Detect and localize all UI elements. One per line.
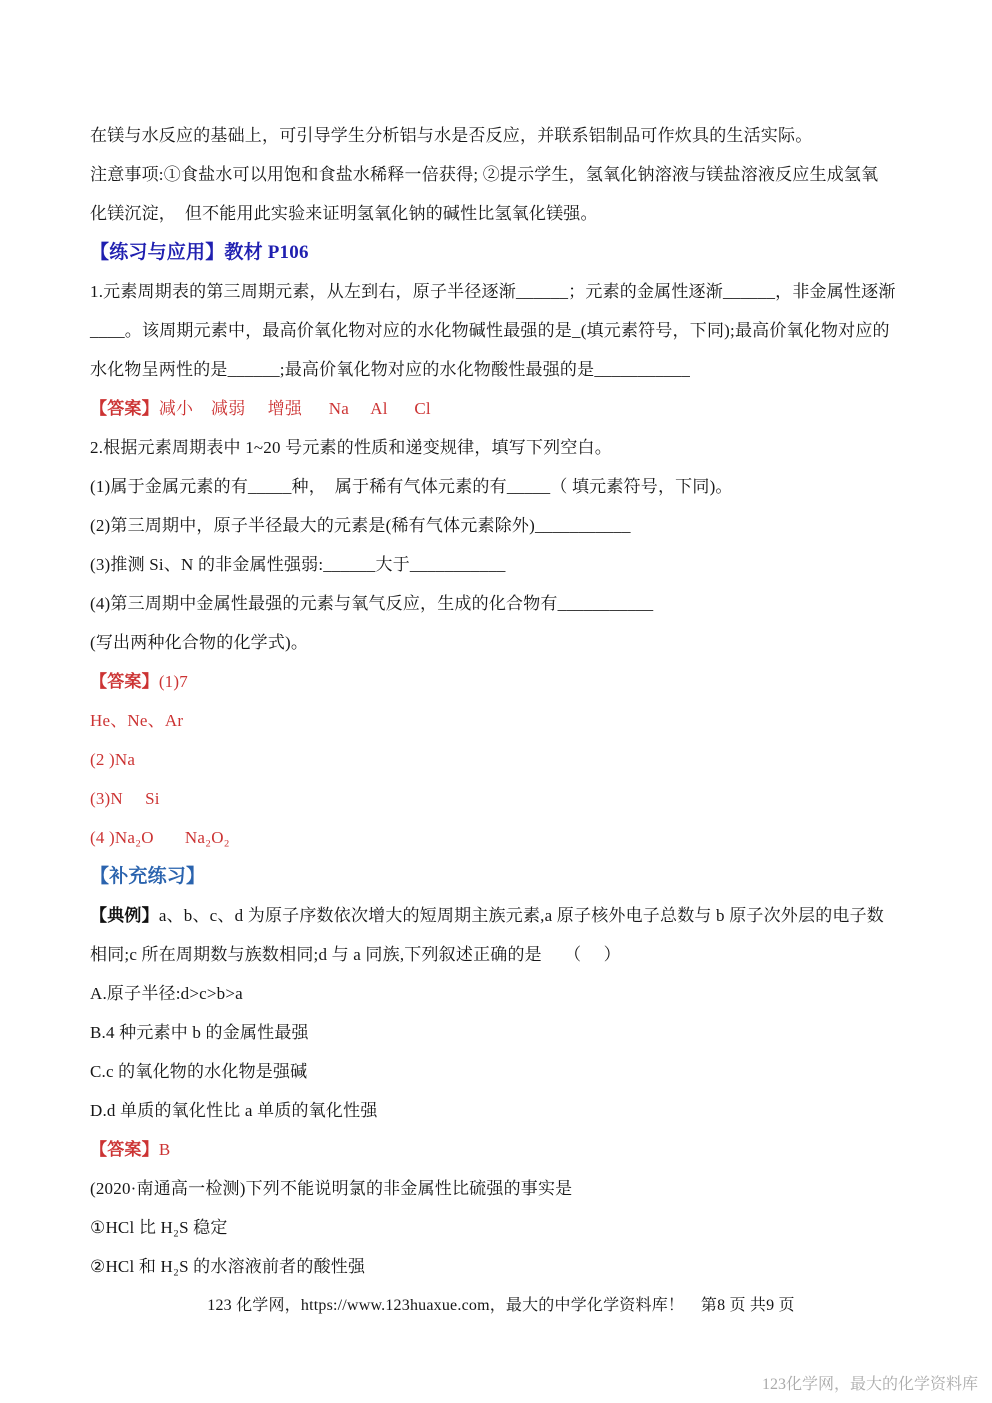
answer1-text: 减小 减弱 增强 Na Al Cl <box>159 399 431 418</box>
answer3-marker: 【答案】 <box>90 1140 159 1159</box>
intro-line-3: 化镁沉淀， 但不能用此实验来证明氢氧化钠的碱性比氢氧化镁强。 <box>90 194 912 233</box>
question-2020-stem: (2020·南通高一检测)下列不能说明氯的非金属性比硫强的事实是 <box>90 1169 912 1208</box>
option-b: B.4 种元素中 b 的金属性最强 <box>90 1013 912 1052</box>
answer2-line-2: He、Ne、Ar <box>90 701 912 740</box>
example-marker: 【典例】 <box>90 906 159 925</box>
answer3-text: B <box>159 1140 171 1159</box>
answer1-line: 【答案】减小 减弱 增强 Na Al Cl <box>90 389 912 428</box>
answer2-line-3: (2 )Na <box>90 740 912 779</box>
document-page: 在镁与水反应的基础上，可引导学生分析铝与水是否反应，并联系铝制品可作炊具的生活实… <box>0 0 992 1403</box>
question2-part4: (4)第三周期中金属性最强的元素与氧气反应，生成的化合物有___________ <box>90 584 912 623</box>
answer2-line-5: (4 )Na₂O Na₂O₂ <box>90 818 912 857</box>
answer2-part1: (1)7 <box>159 672 188 691</box>
question2-part1: (1)属于金属元素的有_____种， 属于稀有气体元素的有_____（ 填元素符… <box>90 467 912 506</box>
page-footer: 123 化学网，https://www.123huaxue.com，最大的中学化… <box>90 1286 912 1325</box>
question1-line-2: ____。该周期元素中，最高价氧化物对应的水化物碱性最强的是_(填元素符号，下同… <box>90 311 912 350</box>
question2-part3: (3)推测 Si、N 的非金属性强弱:______大于___________ <box>90 545 912 584</box>
example-text: a、b、c、d 为原子序数依次增大的短周期主族元素,a 原子核外电子总数与 b … <box>159 906 884 925</box>
answer2-line-1: 【答案】(1)7 <box>90 662 912 701</box>
intro-line-1: 在镁与水反应的基础上，可引导学生分析铝与水是否反应，并联系铝制品可作炊具的生活实… <box>90 116 912 155</box>
question2-part2: (2)第三周期中，原子半径最大的元素是(稀有气体元素除外)___________ <box>90 506 912 545</box>
question1-line-3: 水化物呈两性的是______;最高价氧化物对应的水化物酸性最强的是_______… <box>90 350 912 389</box>
option-c: C.c 的氧化物的水化物是强碱 <box>90 1052 912 1091</box>
question-2020-item2: ②HCl 和 H₂S 的水溶液前者的酸性强 <box>90 1247 912 1286</box>
answer2-marker: 【答案】 <box>90 672 159 691</box>
option-d: D.d 单质的氧化性比 a 单质的氧化性强 <box>90 1091 912 1130</box>
answer1-marker: 【答案】 <box>90 399 159 418</box>
question1-line-1: 1.元素周期表的第三周期元素，从左到右，原子半径逐渐______；元素的金属性逐… <box>90 272 912 311</box>
option-a: A.原子半径:d>c>b>a <box>90 974 912 1013</box>
supplement-section-heading: 【补充练习】 <box>90 857 912 896</box>
intro-line-2: 注意事项:①食盐水可以用饱和食盐水稀释一倍获得; ②提示学生，氢氧化钠溶液与镁盐… <box>90 155 912 194</box>
question-2020-item1: ①HCl 比 H₂S 稳定 <box>90 1208 912 1247</box>
question2-stem: 2.根据元素周期表中 1~20 号元素的性质和递变规律，填写下列空白。 <box>90 428 912 467</box>
example-line-1: 【典例】a、b、c、d 为原子序数依次增大的短周期主族元素,a 原子核外电子总数… <box>90 896 912 935</box>
answer2-line-4: (3)N Si <box>90 779 912 818</box>
example-line-2: 相同;c 所在周期数与族数相同;d 与 a 同族,下列叙述正确的是 （ ） <box>90 935 912 974</box>
practice-section-heading: 【练习与应用】教材 P106 <box>90 233 912 272</box>
answer3-line: 【答案】B <box>90 1130 912 1169</box>
watermark: 123化学网，最大的化学资料库 <box>762 1371 978 1399</box>
question2-part4-note: (写出两种化合物的化学式)。 <box>90 623 912 662</box>
